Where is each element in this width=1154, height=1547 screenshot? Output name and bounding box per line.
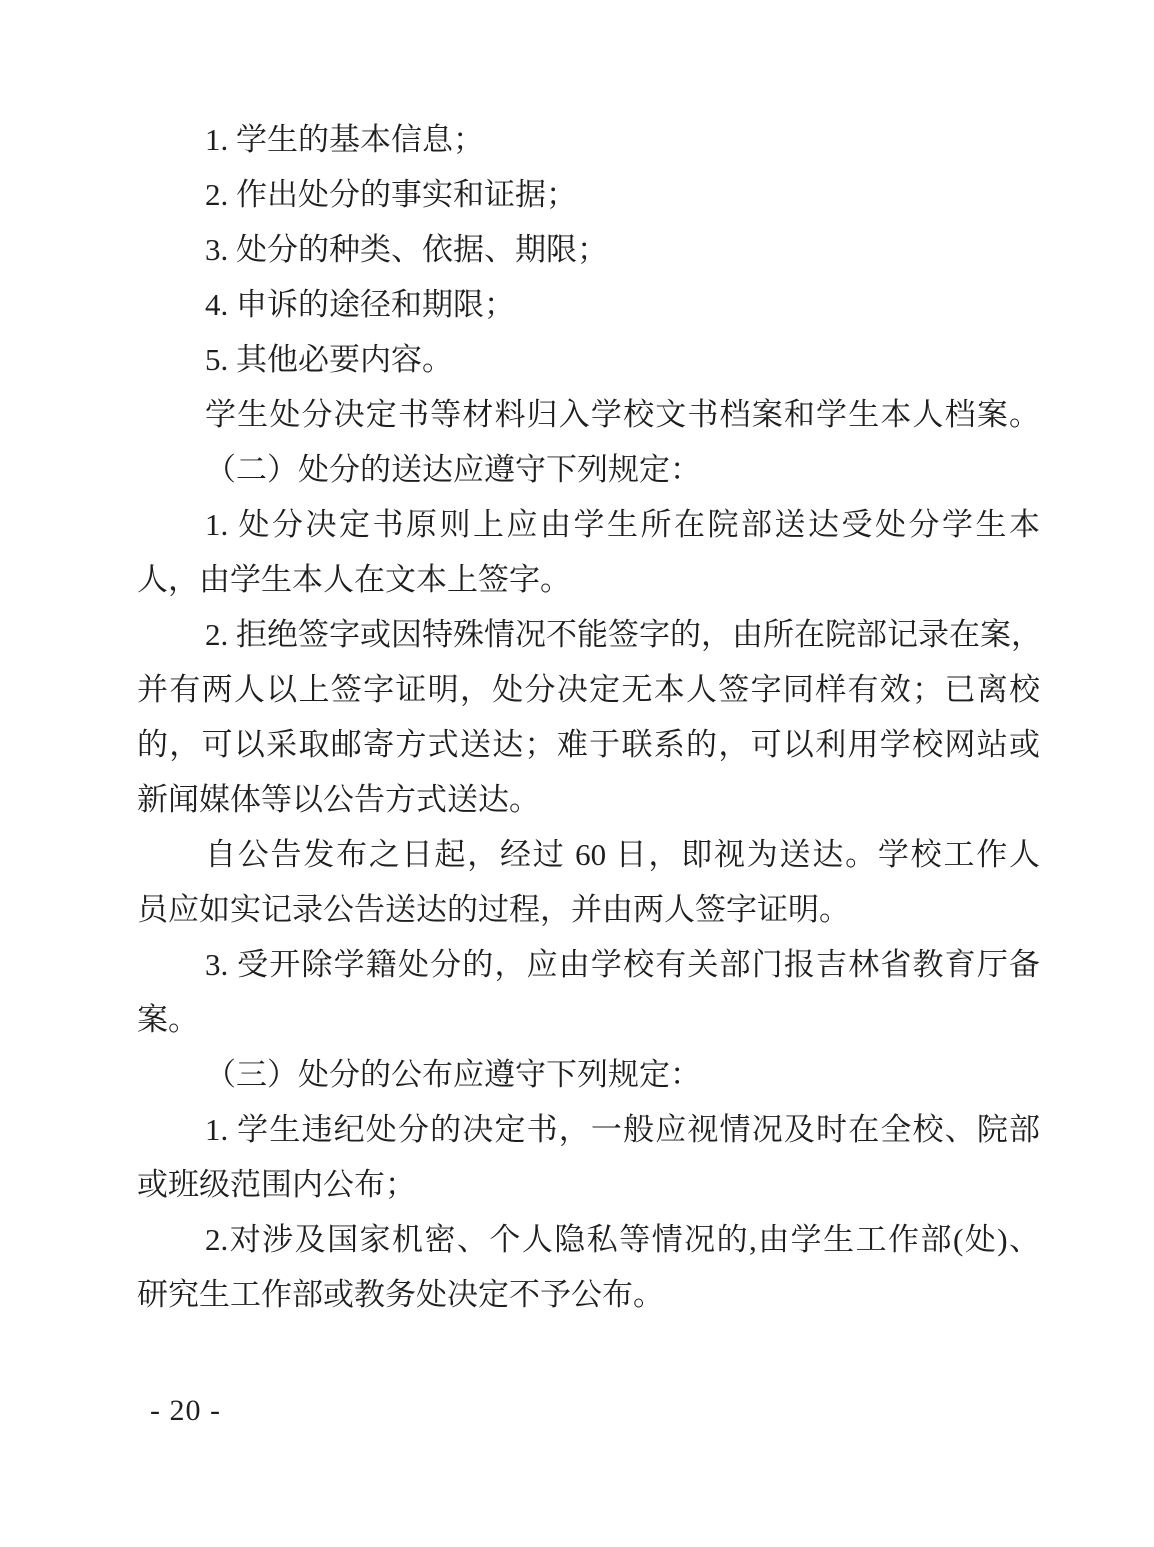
text-line: 自公告发布之日起，经过 60 日，即视为送达。学校工作人: [137, 827, 1040, 882]
document-body: 1. 学生的基本信息； 2. 作出处分的事实和证据； 3. 处分的种类、依据、期…: [137, 112, 1040, 1322]
text-line: 1. 处分决定书原则上应由学生所在院部送达受处分学生本: [137, 497, 1040, 552]
text-line: 5. 其他必要内容。: [137, 332, 1040, 387]
text-line: 2.对涉及国家机密、个人隐私等情况的,由学生工作部(处)、: [137, 1212, 1040, 1267]
text-line: 并有两人以上签字证明，处分决定无本人签字同样有效；已离校: [137, 662, 1040, 717]
text-line: 4. 申诉的途径和期限；: [137, 277, 1040, 332]
page-number: - 20 -: [150, 1392, 221, 1430]
text-line: 或班级范围内公布；: [137, 1157, 1040, 1212]
text-line: 研究生工作部或教务处决定不予公布。: [137, 1267, 1040, 1322]
text-line: （二）处分的送达应遵守下列规定：: [137, 442, 1040, 497]
text-line: 2. 作出处分的事实和证据；: [137, 167, 1040, 222]
text-line: （三）处分的公布应遵守下列规定：: [137, 1047, 1040, 1102]
text-line: 人，由学生本人在文本上签字。: [137, 552, 1040, 607]
text-line: 2. 拒绝签字或因特殊情况不能签字的，由所在院部记录在案，: [137, 607, 1040, 662]
text-line: 1. 学生违纪处分的决定书，一般应视情况及时在全校、院部: [137, 1102, 1040, 1157]
text-line: 案。: [137, 992, 1040, 1047]
document-page: 1. 学生的基本信息； 2. 作出处分的事实和证据； 3. 处分的种类、依据、期…: [0, 0, 1154, 1547]
text-line: 3. 受开除学籍处分的，应由学校有关部门报吉林省教育厅备: [137, 937, 1040, 992]
text-line: 员应如实记录公告送达的过程，并由两人签字证明。: [137, 882, 1040, 937]
text-line: 新闻媒体等以公告方式送达。: [137, 772, 1040, 827]
text-line: 3. 处分的种类、依据、期限；: [137, 222, 1040, 277]
text-line: 的，可以采取邮寄方式送达；难于联系的，可以利用学校网站或: [137, 717, 1040, 772]
text-line: 学生处分决定书等材料归入学校文书档案和学生本人档案。: [137, 387, 1040, 442]
text-line: 1. 学生的基本信息；: [137, 112, 1040, 167]
